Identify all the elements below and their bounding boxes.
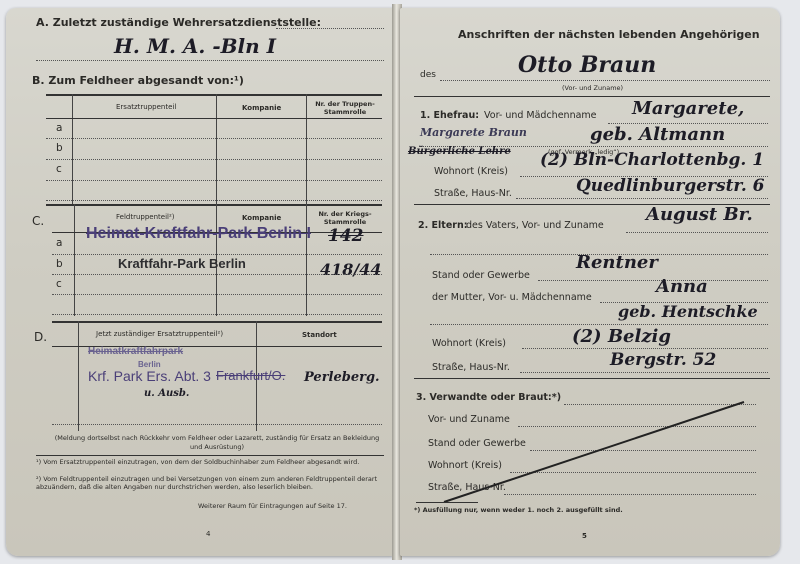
left-page: A. Zuletzt zuständige Wehrersatzdienstst… (6, 8, 394, 556)
row-label: a (56, 122, 62, 134)
section-3-footnote: *) Ausfüllung nur, wenn weder 1. noch 2.… (414, 506, 623, 514)
dotted-line (46, 159, 382, 160)
col-header: Jetzt zuständiger Ersatztruppenteil²) (96, 330, 223, 338)
stamp-heimatkraftfahrpark-struck: Heimatkraftfahrpark (88, 346, 183, 357)
dotted-line (46, 138, 382, 139)
col-divider (306, 204, 307, 316)
dotted-line (52, 314, 382, 315)
row-label: c (56, 163, 62, 175)
stamp-frankfurt-struck: Frankfurt/O. (216, 368, 285, 383)
row-label: c (56, 278, 62, 290)
dotted-line (36, 60, 384, 61)
footnote-1: ¹) Vom Ersatztruppenteil einzutragen, vo… (36, 458, 384, 466)
table-rule (46, 118, 382, 119)
dotted-line (52, 274, 382, 275)
right-page: Anschriften der nächsten lebenden Angehö… (400, 8, 780, 556)
col-divider (306, 94, 307, 204)
footnote-2: ²) Vom Feldtruppenteil einzutragen und b… (36, 475, 384, 491)
stammrolle-number-a: 142 (328, 226, 364, 246)
stammrolle-number-b: 418/44 (320, 260, 382, 279)
col-header: Nr. der Truppen-Stammrolle (310, 100, 380, 116)
table-rule (46, 204, 382, 206)
further-space-note: Weiterer Raum für Eintragungen auf Seite… (198, 502, 347, 510)
col-divider (74, 204, 75, 316)
dotted-line (46, 200, 382, 201)
table-rule (46, 94, 382, 96)
handwritten-u-ausb: u. Ausb. (144, 388, 189, 399)
col-header: Nr. der Kriegs-Stammrolle (310, 210, 380, 226)
section-d-label: D. (34, 330, 47, 344)
col-header: Kompanie (242, 104, 281, 112)
col-header: Standort (302, 331, 337, 339)
col-header: Ersatztruppenteil (116, 103, 176, 111)
col-header: Kompanie (242, 214, 281, 222)
col-divider (216, 94, 217, 204)
row-label: a (56, 237, 62, 249)
stamp-kraftfahr-park-berlin: Kraftfahr-Park Berlin (118, 256, 246, 271)
dotted-line (52, 424, 382, 425)
report-note: (Meldung dortselbst nach Rückkehr vom Fe… (52, 434, 382, 452)
col-divider (78, 321, 79, 431)
page-number: 4 (206, 530, 210, 538)
section-a-handwritten: H. M. A. -Bln I (114, 34, 276, 58)
dotted-line (52, 294, 382, 295)
footnote-rule (416, 502, 478, 503)
page-number: 5 (582, 532, 587, 540)
section-c-label: C. (32, 214, 44, 228)
row-label: b (56, 258, 63, 270)
dotted-line (46, 180, 382, 181)
handwritten-perleberg: Perleberg. (304, 370, 380, 385)
col-header: Feldtruppenteil²) (116, 213, 175, 221)
stamp-krf-park-ers-abt: Krf. Park Ers. Abt. 3 (88, 368, 211, 384)
footnote-rule (36, 455, 384, 456)
stamp-heimat-kraftfahr-park: Heimat-Kraftfahr-Park Berlin I (86, 225, 311, 243)
section-b-label: B. Zum Feldheer abgesandt von:¹) (32, 74, 244, 87)
dotted-line (52, 254, 382, 255)
col-divider (72, 94, 73, 204)
cancel-stroke (400, 8, 780, 556)
dotted-line (276, 28, 384, 29)
table-rule (52, 321, 382, 323)
row-label: b (56, 142, 63, 154)
